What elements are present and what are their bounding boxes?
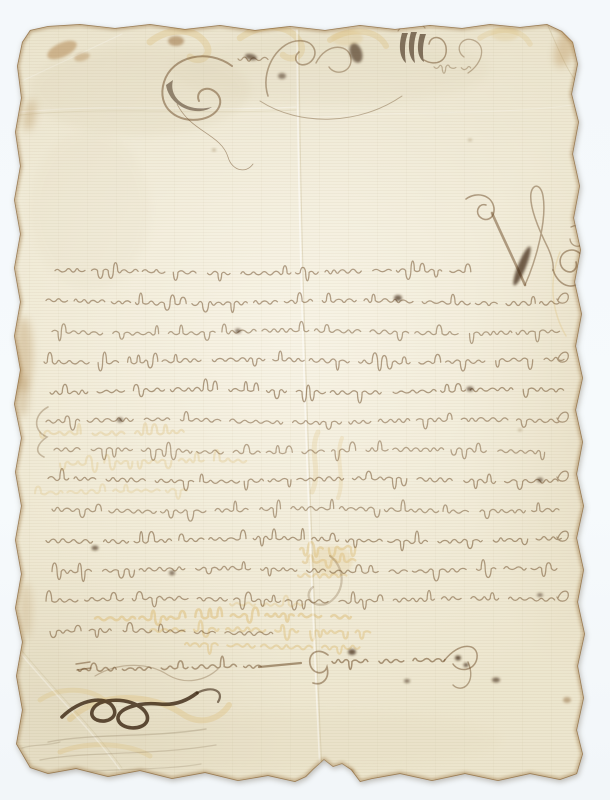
manuscript-art [0, 0, 610, 800]
scanner-background [0, 0, 610, 800]
paper-sheet [0, 0, 610, 800]
opening-initial-flourish [466, 186, 586, 286]
closing-and-date-line [76, 646, 477, 688]
paper-shadow [0, 0, 610, 800]
stains-and-foxing [15, 22, 601, 779]
